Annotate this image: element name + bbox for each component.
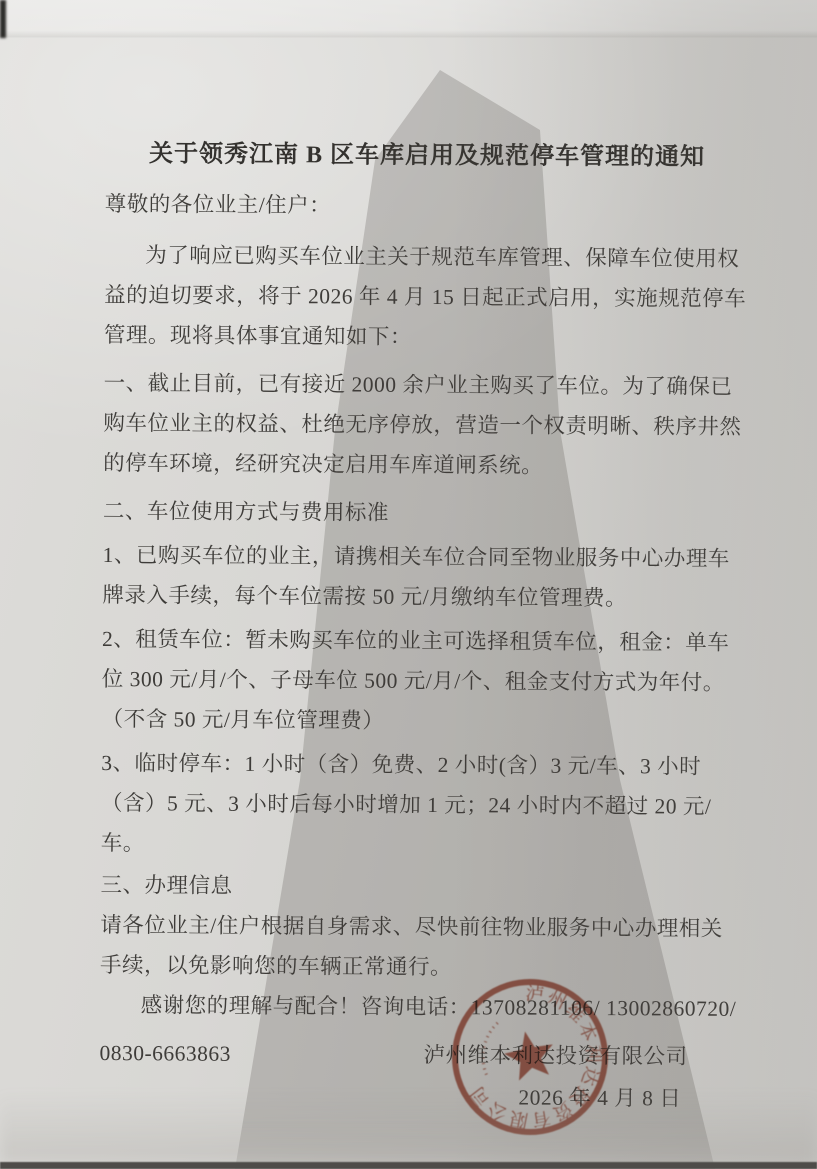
intro-paragraph: 为了响应已购买车位业主关于规范车库管理、保障车位使用权益的迫切要求，将于 202… xyxy=(104,235,749,359)
notice-title: 关于领秀江南 B 区车库启用及规范停车管理的通知 xyxy=(105,137,749,175)
notice-body: 关于领秀江南 B 区车库启用及规范停车管理的通知 尊敬的各位业主/住户： 为了响… xyxy=(99,0,750,1119)
section-1: 一、截止目前，已有接近 2000 余户业主购买了车位。为了确保已购车位业主的权益… xyxy=(103,363,748,487)
company-seal: 泸州维本利达投资有限公司 xyxy=(450,977,610,1137)
signature-row: 0830-6663863 泸州维本利达投资有限公司 xyxy=(99,1033,743,1077)
seal-star-icon xyxy=(496,1026,562,1091)
photo-bottom-edge xyxy=(0,1162,817,1169)
section-2-item-1: 1、已购买车位的业主，请携相关车位合同至物业服务中心办理车牌录入手续，每个车位需… xyxy=(102,535,746,619)
section-3-heading: 三、办理信息 xyxy=(100,865,744,909)
alt-phone-number: 0830-6663863 xyxy=(99,1033,231,1074)
photo-edge-mark xyxy=(0,0,6,38)
thanks-and-phones: 感谢您的理解与配合！咨询电话：13708281106/ 13002860720/ xyxy=(100,985,744,1029)
salutation: 尊敬的各位业主/住户： xyxy=(105,184,749,228)
section-3-body: 请各位业主/住户根据自身需求、尽快前往物业服务中心办理相关手续，以免影响您的车辆… xyxy=(100,905,744,989)
notice-date: 2026 年 4 月 8 日 xyxy=(99,1075,743,1119)
section-2-item-2: 2、租赁车位：暂未购买车位的业主可选择租赁车位，租金：单车位 300 元/月/个… xyxy=(101,619,746,743)
section-2-item-3: 3、临时停车：1 小时（含）免费、2 小时(含）3 元/车、3 小时（含）5 元… xyxy=(101,743,746,867)
section-2-heading: 二、车位使用方式与费用标准 xyxy=(103,491,747,535)
notice-photo: 关于领秀江南 B 区车库启用及规范停车管理的通知 尊敬的各位业主/住户： 为了响… xyxy=(0,0,817,1169)
seal-serial-dots xyxy=(472,1021,511,1075)
